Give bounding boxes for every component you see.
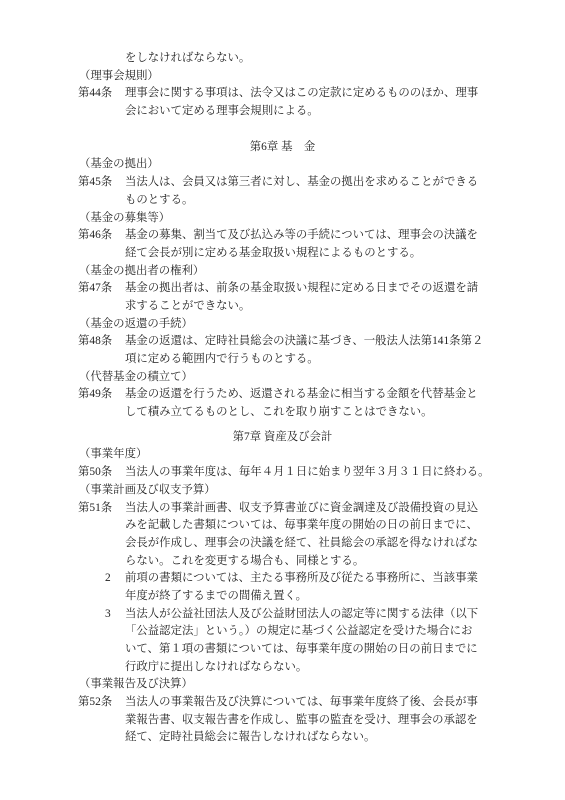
line-text: 当法人は、会員又は第三者に対し、基金の拠出を求めることができる bbox=[125, 176, 478, 188]
article-line: 第51条当法人の事業計画書、収支予算書並びに資金調達及び設備投資の見込 bbox=[0, 500, 565, 518]
article-number: 第48条 bbox=[78, 333, 125, 351]
item-number: 3 bbox=[105, 606, 125, 624]
line-text: （基金の返還の手続） bbox=[79, 318, 193, 330]
article-number: 第52条 bbox=[78, 694, 125, 712]
continuation-line: 項に定める範囲内で行うものとする。 bbox=[0, 351, 565, 369]
line-text: 前項の書類については、主たる事務所及び従たる事務所に、当該事業 bbox=[125, 572, 478, 584]
line-text: 基金の募集、割当て及び払込み等の手続については、理事会の決議を bbox=[125, 229, 478, 241]
subitem-line: 3当法人が公益社団法人及び公益財団法人の認定等に関する法律（以下 bbox=[0, 606, 565, 624]
section-label: （基金の拠出） bbox=[0, 156, 565, 174]
article-line: 第46条基金の募集、割当て及び払込み等の手続については、理事会の決議を bbox=[0, 227, 565, 245]
continuation-line: いて、第１項の書類については、毎事業年度の開始の日の前日までに bbox=[0, 641, 565, 659]
line-text: 項に定める範囲内で行うものとする。 bbox=[125, 353, 319, 365]
line-text: して積み立てるものとし、これを取り崩すことはできない。 bbox=[125, 406, 433, 418]
line-text: 求することができない。 bbox=[125, 300, 250, 312]
article-number: 第50条 bbox=[78, 464, 125, 482]
continuation-line: 行政庁に提出しなければならない。 bbox=[0, 659, 565, 677]
continuation-line: 会において定める理事会規則による。 bbox=[0, 103, 565, 121]
article-number: 第44条 bbox=[78, 85, 125, 103]
chapter-heading: 第6章 基 金 bbox=[0, 139, 565, 157]
article-line: 第44条理事会に関する事項は、法令又はこの定款に定めるもののほか、理事 bbox=[0, 85, 565, 103]
section-label: （基金の拠出者の権利） bbox=[0, 263, 565, 281]
line-text: 基金の返還は、定時社員総会の決議に基づき、一般法人法第141条第２ bbox=[125, 335, 483, 347]
line-text: （基金の拠出） bbox=[79, 158, 159, 170]
line-text: （基金の募集等） bbox=[79, 212, 170, 224]
article-number: 第45条 bbox=[78, 174, 125, 192]
article-number: 第46条 bbox=[78, 227, 125, 245]
line-text: （基金の拠出者の権利） bbox=[79, 265, 204, 277]
line-text: いて、第１項の書類については、毎事業年度の開始の日の前日までに bbox=[125, 643, 478, 655]
line-text: らない。これを変更する場合も、同様とする。 bbox=[125, 555, 364, 567]
line-text: 当法人の事業報告及び決算については、毎事業年度終了後、会長が事 bbox=[125, 696, 478, 708]
article-line: 第50条当法人の事業年度は、毎年４月１日に始まり翌年３月３１日に終わる。 bbox=[0, 464, 565, 482]
article-number: 第49条 bbox=[78, 386, 125, 404]
line-text: （理事会規則） bbox=[79, 70, 159, 82]
continuation-line: ものとする。 bbox=[0, 192, 565, 210]
subitem-line: 2前項の書類については、主たる事務所及び従たる事務所に、当該事業 bbox=[0, 570, 565, 588]
article-line: 第52条当法人の事業報告及び決算については、毎事業年度終了後、会長が事 bbox=[0, 694, 565, 712]
section-label: （基金の返還の手続） bbox=[0, 316, 565, 334]
article-line: 第47条基金の拠出者は、前条の基金取扱い規程に定める日までその返還を請 bbox=[0, 280, 565, 298]
article-number: 第47条 bbox=[78, 280, 125, 298]
line-text: 行政庁に提出しなければならない。 bbox=[125, 661, 307, 673]
continuation-line: みを記載した書類については、毎事業年度の開始の日の前日までに、 bbox=[0, 517, 565, 535]
article-line: 第49条基金の返還を行うため、返還される基金に相当する金額を代替基金と bbox=[0, 386, 565, 404]
article-line: 第48条基金の返還は、定時社員総会の決議に基づき、一般法人法第141条第２ bbox=[0, 333, 565, 351]
continuation-line: 「公益認定法」という。）の規定に基づく公益認定を受けた場合にお bbox=[0, 623, 565, 641]
continuation-line: 会長が作成し、理事会の決議を経て、社員総会の承認を得なければな bbox=[0, 535, 565, 553]
continuation-line: らない。これを変更する場合も、同様とする。 bbox=[0, 553, 565, 571]
line-text: 当法人が公益社団法人及び公益財団法人の認定等に関する法律（以下 bbox=[125, 608, 478, 620]
item-number: 2 bbox=[105, 570, 125, 588]
line-text: 第6章 基 金 bbox=[250, 141, 316, 153]
line-text: 年度が終了するまでの間備え置く。 bbox=[125, 590, 307, 602]
line-text: 「公益認定法」という。）の規定に基づく公益認定を受けた場合にお bbox=[125, 625, 472, 637]
continuation-line: をしなければならない。 bbox=[0, 50, 565, 68]
line-text: ものとする。 bbox=[125, 194, 193, 206]
line-text: 会において定める理事会規則による。 bbox=[125, 105, 319, 117]
line-text: 業報告書、収支報告書を作成し、監事の監査を受け、理事会の承認を bbox=[125, 714, 478, 726]
line-text: 基金の返還を行うため、返還される基金に相当する金額を代替基金と bbox=[125, 388, 478, 400]
line-text: をしなければならない。 bbox=[125, 52, 250, 64]
document-body: をしなければならない。（理事会規則）第44条理事会に関する事項は、法令又はこの定… bbox=[0, 0, 565, 747]
line-text: 経て、定時社員総会に報告しなければならない。 bbox=[125, 731, 375, 743]
line-text: 当法人の事業年度は、毎年４月１日に始まり翌年３月３１日に終わる。 bbox=[125, 466, 490, 478]
line-text: （代替基金の積立て） bbox=[79, 371, 193, 383]
line-text: 会長が作成し、理事会の決議を経て、社員総会の承認を得なければな bbox=[125, 537, 478, 549]
line-text: 理事会に関する事項は、法令又はこの定款に定めるもののほか、理事 bbox=[125, 87, 478, 99]
section-label: （基金の募集等） bbox=[0, 210, 565, 228]
continuation-line: 経て、定時社員総会に報告しなければならない。 bbox=[0, 729, 565, 747]
continuation-line: 年度が終了するまでの間備え置く。 bbox=[0, 588, 565, 606]
continuation-line: 経て会長が別に定める基金取扱い規程によるものとする。 bbox=[0, 245, 565, 263]
continuation-line: 求することができない。 bbox=[0, 298, 565, 316]
continuation-line: して積み立てるものとし、これを取り崩すことはできない。 bbox=[0, 404, 565, 422]
article-line: 第45条当法人は、会員又は第三者に対し、基金の拠出を求めることができる bbox=[0, 174, 565, 192]
chapter-heading: 第7章 資産及び会計 bbox=[0, 429, 565, 447]
section-label: （事業計画及び収支予算） bbox=[0, 482, 565, 500]
document-page: をしなければならない。（理事会規則）第44条理事会に関する事項は、法令又はこの定… bbox=[0, 0, 565, 800]
line-text: （事業計画及び収支予算） bbox=[79, 484, 216, 496]
article-number: 第51条 bbox=[78, 500, 125, 518]
section-label: （代替基金の積立て） bbox=[0, 369, 565, 387]
section-label: （理事会規則） bbox=[0, 68, 565, 86]
line-text: 経て会長が別に定める基金取扱い規程によるものとする。 bbox=[125, 247, 421, 259]
section-label: （事業報告及び決算） bbox=[0, 676, 565, 694]
line-text: （事業年度） bbox=[79, 448, 147, 460]
section-label: （事業年度） bbox=[0, 446, 565, 464]
line-text: みを記載した書類については、毎事業年度の開始の日の前日までに、 bbox=[125, 519, 478, 531]
line-text: 基金の拠出者は、前条の基金取扱い規程に定める日までその返還を請 bbox=[125, 282, 478, 294]
line-text: 当法人の事業計画書、収支予算書並びに資金調達及び設備投資の見込 bbox=[125, 502, 478, 514]
line-text: （事業報告及び決算） bbox=[79, 678, 193, 690]
continuation-line: 業報告書、収支報告書を作成し、監事の監査を受け、理事会の承認を bbox=[0, 712, 565, 730]
line-text: 第7章 資産及び会計 bbox=[233, 431, 333, 443]
